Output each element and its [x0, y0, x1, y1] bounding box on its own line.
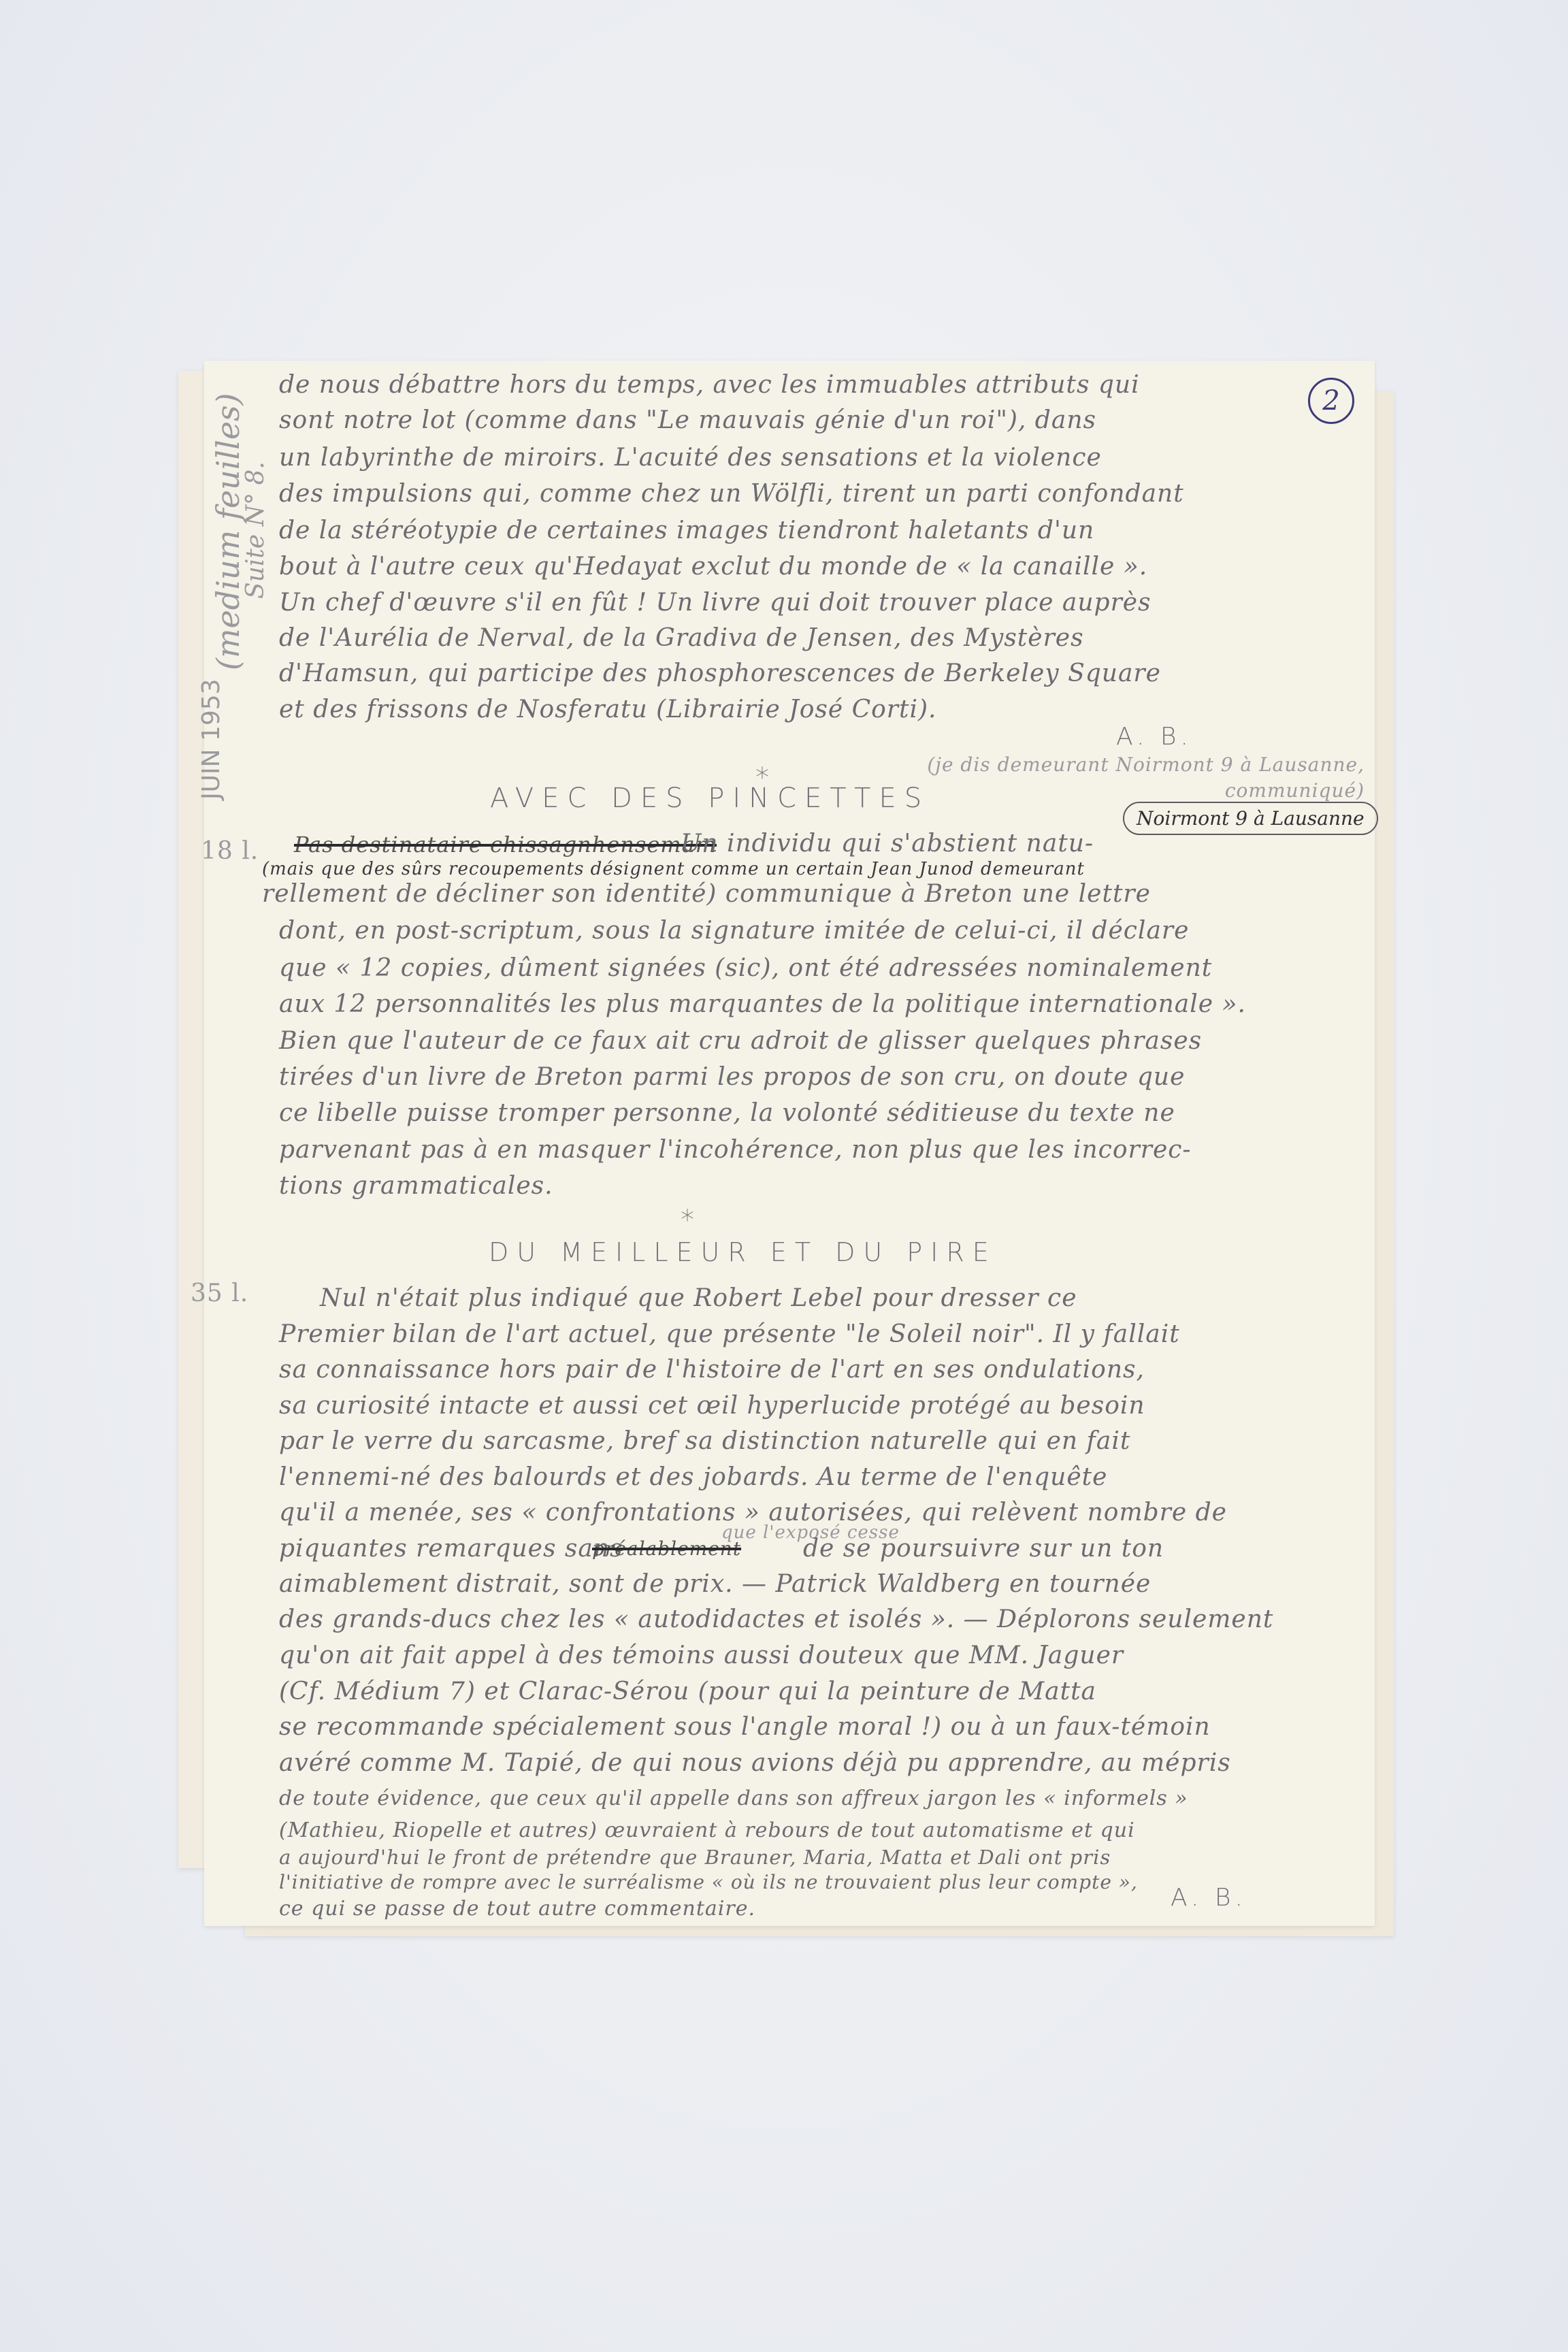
insertion-text: (mais que des sûrs recoupements désignen… — [262, 859, 1085, 879]
text-line: tions grammaticales. — [279, 1174, 553, 1198]
text-line: Nul n'était plus indiqué que Robert Lebe… — [320, 1286, 1077, 1311]
text-line: sont notre lot (comme dans "Le mauvais g… — [279, 408, 1096, 433]
margin-note-publication: (medium feuilles) — [210, 393, 246, 670]
text-line: dont, en post-scriptum, sous la signatur… — [279, 919, 1189, 943]
text-line: des grands-ducs chez les « autodidactes … — [279, 1607, 1273, 1632]
text-line: ce qui se passe de tout autre commentair… — [279, 1899, 755, 1919]
signature: A. B. — [1116, 723, 1192, 751]
text-line: a aujourd'hui le front de prétendre que … — [279, 1848, 1111, 1867]
text-line: de l'Aurélia de Nerval, de la Gradiva de… — [279, 626, 1084, 651]
text-line: (Cf. Médium 7) et Clarac-Sérou (pour qui… — [279, 1680, 1096, 1704]
margin-note-line-count-1: 18 l. — [201, 837, 259, 865]
text-line: tirées d'un livre de Breton parmi les pr… — [279, 1065, 1185, 1090]
text-line: se recommande spécialement sous l'angle … — [279, 1715, 1211, 1739]
text-line: Bien que l'auteur de ce faux ait cru adr… — [279, 1029, 1202, 1053]
text-line: piquantes remarques sans — [279, 1537, 623, 1561]
text-line: Un chef d'œuvre s'il en fût ! Un livre q… — [279, 591, 1151, 615]
text-line: que « 12 copies, dûment signées (sic), o… — [279, 956, 1212, 981]
text-line: de se poursuivre sur un ton — [803, 1537, 1164, 1561]
text-line: qu'il a menée, ses « confrontations » au… — [279, 1501, 1227, 1525]
struck-word: préalablement — [592, 1539, 741, 1558]
struck-text: Pas destinataire chissagnhensemam — [294, 834, 717, 855]
text-line: sa curiosité intacte et aussi cet œil hy… — [279, 1394, 1145, 1418]
text-line: ce libelle puisse tromper personne, la v… — [279, 1101, 1175, 1126]
text-line: aimablement distrait, sont de prix. — Pa… — [279, 1572, 1151, 1597]
text-line: Un individu qui s'abstient natu- — [681, 832, 1094, 856]
text-line: et des frissons de Nosferatu (Librairie … — [279, 698, 936, 722]
text-line: par le verre du sarcasme, bref sa distin… — [279, 1429, 1130, 1454]
text-line: bout à l'autre ceux qu'Hedayat exclut du… — [279, 555, 1147, 579]
section-asterisk: * — [681, 1205, 702, 1236]
text-line: sa connaissance hors pair de l'histoire … — [279, 1358, 1145, 1382]
text-line: de la stéréotypie de certaines images ti… — [279, 519, 1094, 543]
text-line: de nous débattre hors du temps, avec les… — [279, 373, 1140, 397]
text-line: rellement de décliner son identité) comm… — [262, 882, 1151, 906]
section-title: DU MEILLEUR ET DU PIRE — [489, 1237, 997, 1267]
text-line: un labyrinthe de miroirs. L'acuité des s… — [279, 446, 1102, 470]
margin-note-issue: Suite N° 8. — [242, 461, 269, 599]
text-line: de toute évidence, que ceux qu'il appell… — [279, 1788, 1188, 1809]
text-line: d'Hamsun, qui participe des phosphoresce… — [279, 661, 1161, 686]
signature: A. B. — [1171, 1884, 1247, 1912]
page-number-badge: 2 — [1308, 378, 1354, 424]
margin-note-line-count-2: 35 l. — [191, 1279, 248, 1307]
text-line: qu'on ait fait appel à des témoins aussi… — [279, 1644, 1124, 1668]
text-line: l'ennemi-né des balourds et des jobards.… — [279, 1465, 1107, 1490]
margin-note-date: JUIN 1953 — [197, 679, 225, 800]
text-line: Premier bilan de l'art actuel, que prése… — [279, 1322, 1180, 1347]
annotation-address: (je dis demeurant Noirmont 9 à Lausanne,… — [793, 752, 1365, 804]
text-line: (Mathieu, Riopelle et autres) œuvraient … — [279, 1820, 1135, 1841]
text-line: parvenant pas à en masquer l'incohérence… — [279, 1138, 1192, 1162]
text-line: l'initiative de rompre avec le surréalis… — [279, 1873, 1138, 1892]
text-line: avéré comme M. Tapié, de qui nous avions… — [279, 1751, 1231, 1776]
annotation-bubble: Noirmont 9 à Lausanne — [1123, 802, 1378, 835]
text-line: des impulsions qui, comme chez un Wölfli… — [279, 482, 1184, 506]
text-line: aux 12 personnalités les plus marquantes… — [279, 992, 1246, 1017]
